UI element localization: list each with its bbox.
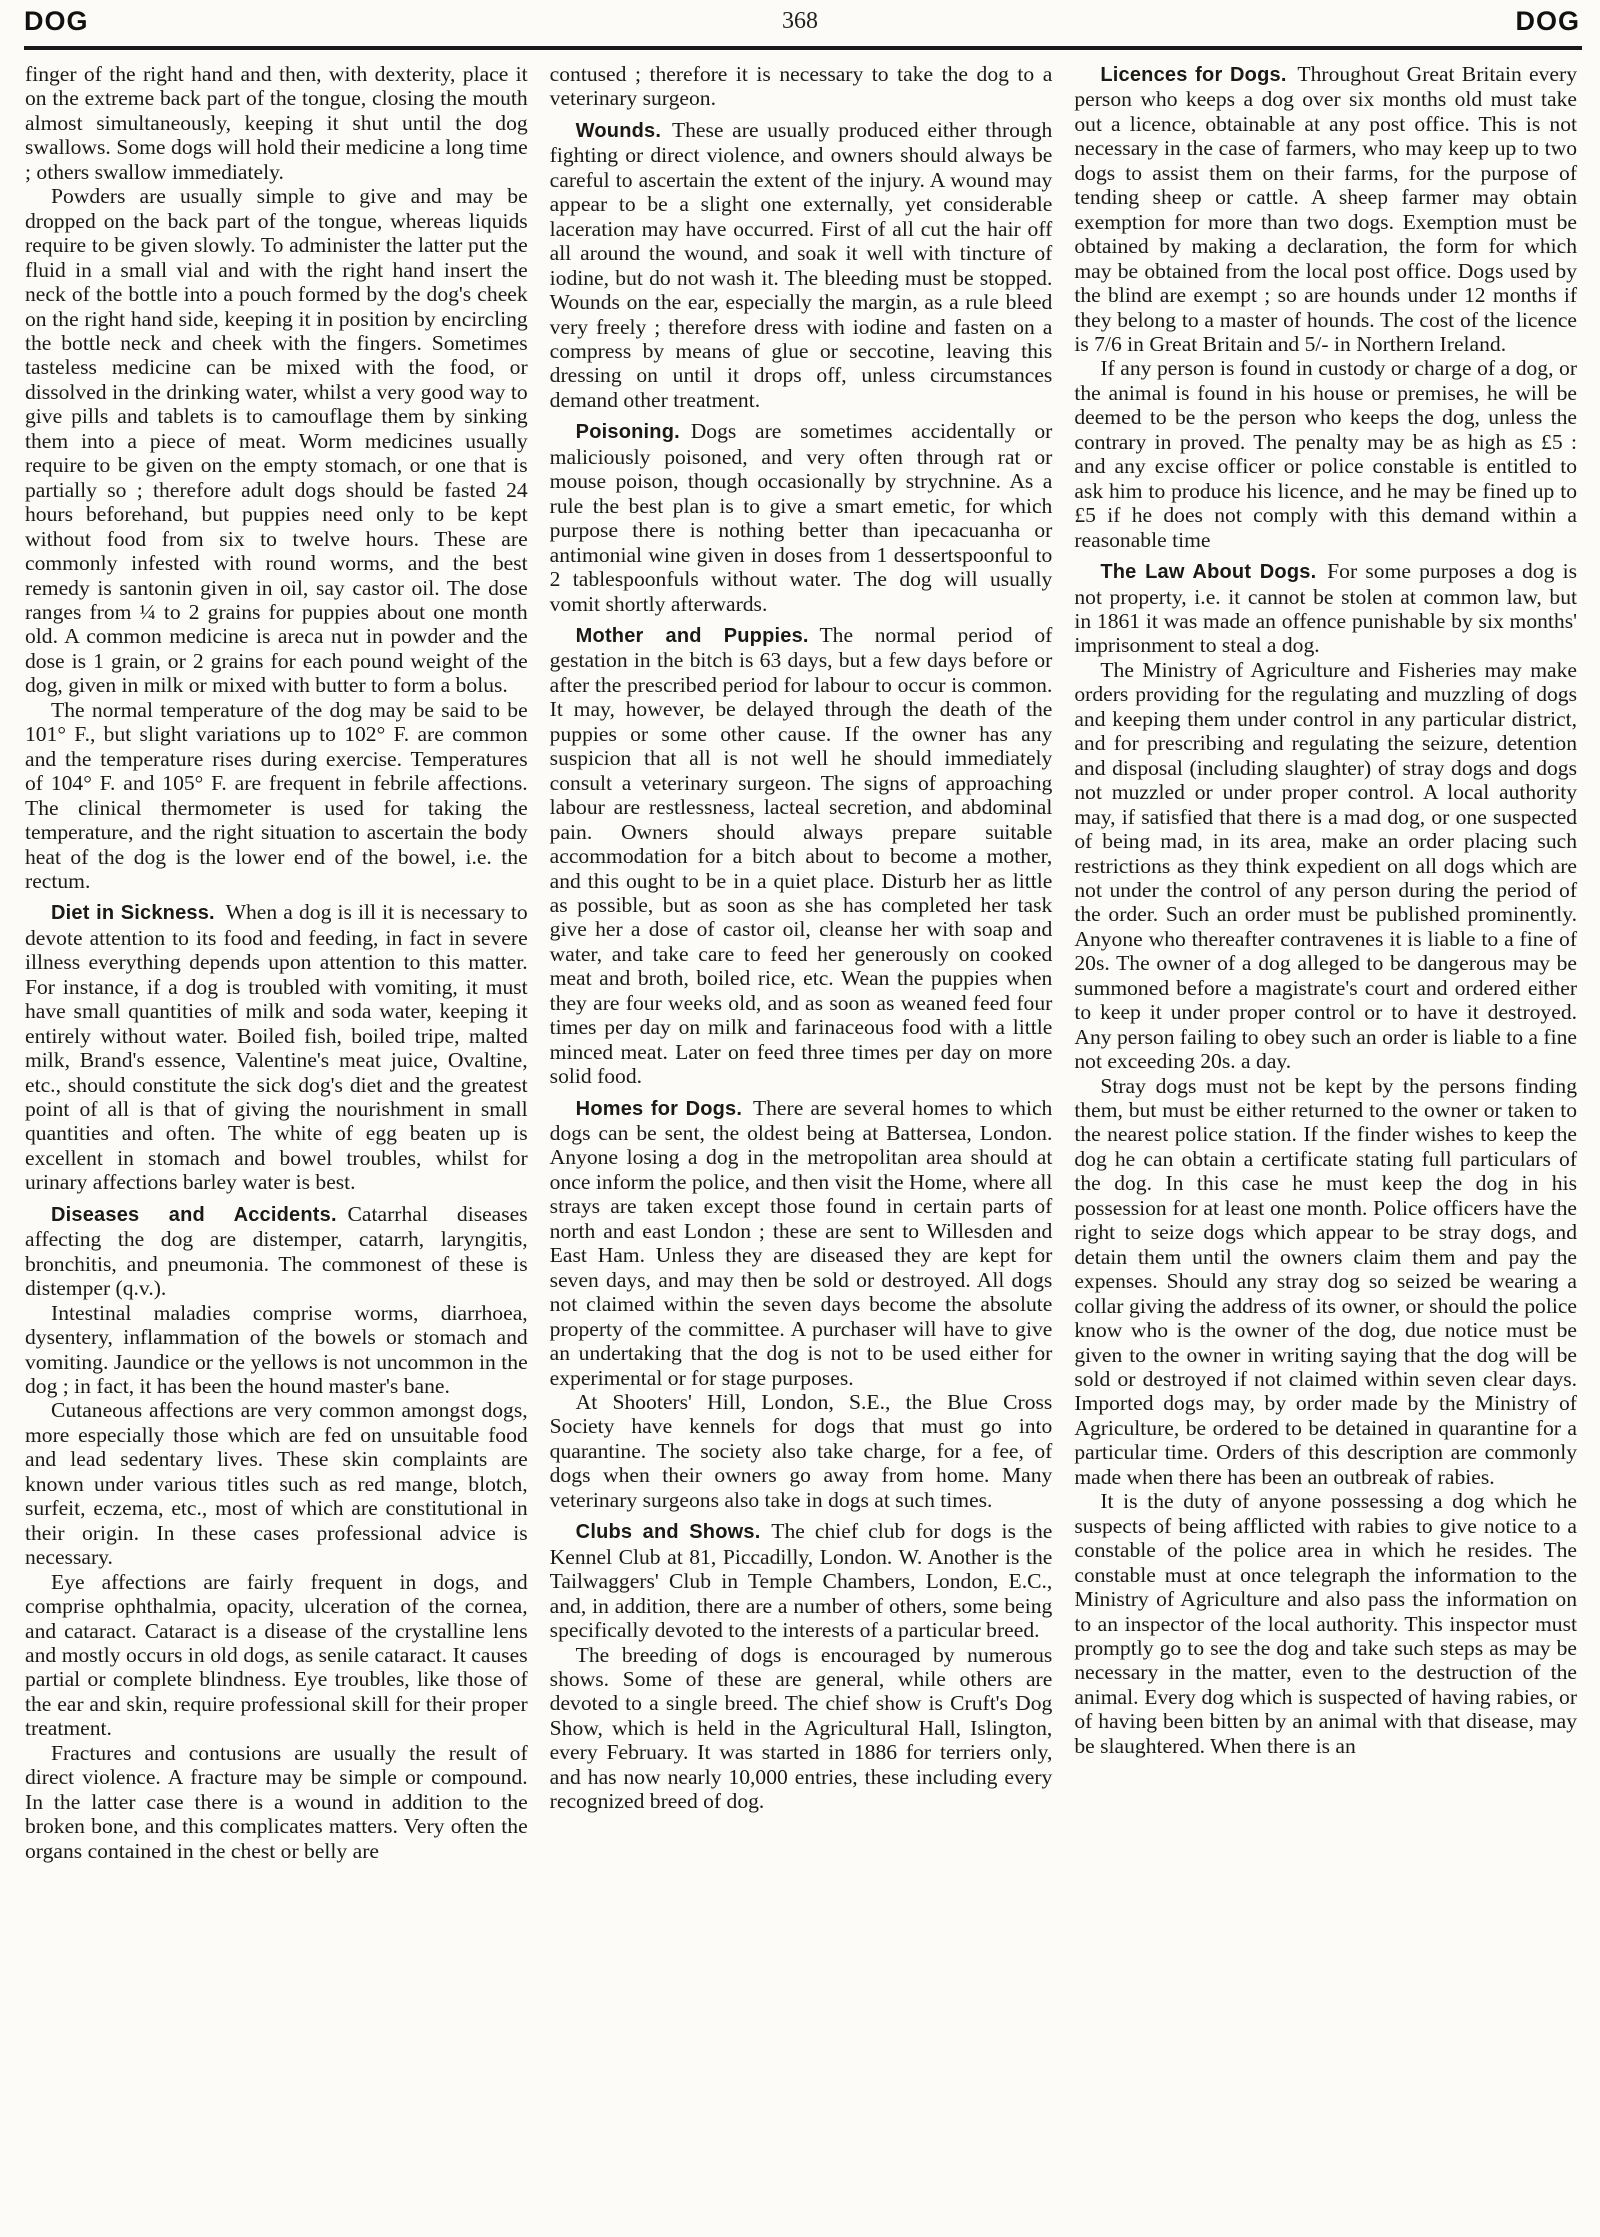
paragraph-text: Eye affections are fairly frequent in do… (25, 1570, 528, 1741)
section-heading: Wounds. (576, 120, 661, 142)
paragraph-text: The normal period of gestation in the bi… (550, 623, 1053, 1088)
section-paragraph: The Law About Dogs. For some purposes a … (1074, 559, 1577, 658)
text-columns: finger of the right hand and then, with … (25, 62, 1577, 2232)
running-head: DOG 368 DOG (0, 0, 1600, 50)
paragraph-text: If any person is found in custody or cha… (1074, 356, 1577, 551)
section-paragraph: Wounds. These are usually produced eithe… (550, 118, 1053, 412)
paragraph-text: At Shooters' Hill, London, S.E., the Blu… (550, 1390, 1053, 1512)
paragraph: Intestinal maladies comprise worms, diar… (25, 1301, 528, 1399)
paragraph: Powders are usually simple to give and m… (25, 184, 528, 698)
paragraph: Eye affections are fairly frequent in do… (25, 1570, 528, 1741)
paragraph-text: It is the duty of anyone possessing a do… (1074, 1489, 1577, 1758)
column-1: finger of the right hand and then, with … (25, 62, 528, 2232)
paragraph-text: Fractures and contusions are usually the… (25, 1741, 528, 1863)
running-head-right: DOG (1515, 6, 1580, 37)
section-heading: Mother and Puppies. (576, 625, 809, 647)
paragraph: contused ; therefore it is necessary to … (550, 62, 1053, 111)
paragraph-text: Throughout Great Britain every person wh… (1074, 62, 1577, 356)
section-paragraph: Diseases and Accidents. Catarrhal diseas… (25, 1202, 528, 1301)
paragraph-text: finger of the right hand and then, with … (25, 62, 528, 184)
section-heading: Homes for Dogs. (576, 1098, 742, 1120)
paragraph-text: These are usually produced either throug… (550, 118, 1053, 412)
paragraph: Stray dogs must not be kept by the perso… (1074, 1074, 1577, 1490)
section-paragraph: Poisoning. Dogs are sometimes accidental… (550, 419, 1053, 616)
section-heading: The Law About Dogs. (1100, 561, 1316, 583)
paragraph-text: contused ; therefore it is necessary to … (550, 62, 1053, 110)
section-heading: Clubs and Shows. (576, 1521, 761, 1543)
paragraph-text: Cutaneous affections are very common amo… (25, 1398, 528, 1569)
section-heading: Poisoning. (576, 421, 680, 443)
section-heading: Diseases and Accidents. (51, 1204, 337, 1226)
paragraph-text: Dogs are sometimes accidentally or malic… (550, 419, 1053, 615)
section-paragraph: Clubs and Shows. The chief club for dogs… (550, 1519, 1053, 1642)
section-paragraph: Licences for Dogs. Throughout Great Brit… (1074, 62, 1577, 356)
column-3: Licences for Dogs. Throughout Great Brit… (1074, 62, 1577, 2232)
section-paragraph: Homes for Dogs. There are several homes … (550, 1096, 1053, 1390)
section-heading: Licences for Dogs. (1100, 64, 1286, 86)
paragraph-text: Intestinal maladies comprise worms, diar… (25, 1301, 528, 1398)
paragraph: Cutaneous affections are very common amo… (25, 1398, 528, 1569)
header-rule (24, 46, 1582, 50)
paragraph: The Ministry of Agriculture and Fisherie… (1074, 658, 1577, 1074)
section-paragraph: Diet in Sickness. When a dog is ill it i… (25, 900, 528, 1194)
section-heading: Diet in Sickness. (51, 902, 215, 924)
encyclopedia-page: DOG 368 DOG finger of the right hand and… (0, 0, 1600, 2237)
paragraph-text: The normal temperature of the dog may be… (25, 698, 528, 893)
column-2: contused ; therefore it is necessary to … (550, 62, 1053, 2232)
paragraph-text: The Ministry of Agriculture and Fisherie… (1074, 658, 1577, 1073)
page-number: 368 (0, 8, 1600, 35)
paragraph: If any person is found in custody or cha… (1074, 356, 1577, 552)
paragraph-text: The breeding of dogs is encouraged by nu… (550, 1643, 1053, 1814)
paragraph: At Shooters' Hill, London, S.E., the Blu… (550, 1390, 1053, 1512)
paragraph: The normal temperature of the dog may be… (25, 698, 528, 894)
paragraph: finger of the right hand and then, with … (25, 62, 528, 184)
paragraph: Fractures and contusions are usually the… (25, 1741, 528, 1863)
paragraph: The breeding of dogs is encouraged by nu… (550, 1643, 1053, 1814)
paragraph-text: When a dog is ill it is necessary to dev… (25, 900, 528, 1194)
section-paragraph: Mother and Puppies. The normal period of… (550, 623, 1053, 1089)
paragraph-text: Stray dogs must not be kept by the perso… (1074, 1074, 1577, 1489)
paragraph: It is the duty of anyone possessing a do… (1074, 1489, 1577, 1758)
paragraph-text: Powders are usually simple to give and m… (25, 184, 528, 697)
paragraph-text: There are several homes to which dogs ca… (550, 1096, 1053, 1390)
